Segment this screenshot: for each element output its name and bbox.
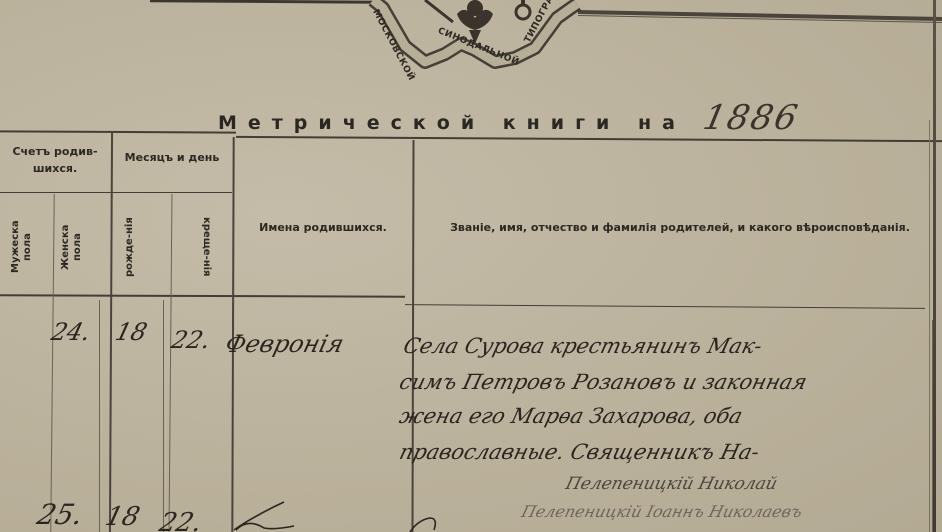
typography-emblem: МОСКОВСКОЙ СИНОДАЛЬНОЙ ТИПОГРАФІИ <box>365 0 585 74</box>
header-bottom-border-left <box>0 294 405 297</box>
header-count-group: Счетъ родив-шихся. <box>2 144 108 177</box>
row1-parents-line-2: симъ Петровъ Розановъ и законная <box>397 370 810 394</box>
row-guide-line <box>99 300 100 532</box>
row2-female-count: 25. <box>34 498 87 531</box>
row2-name-handwriting-fragment <box>224 500 304 532</box>
title-printed-text: Метрической книги на <box>218 112 686 134</box>
row1-birth-day: 18 <box>113 318 151 346</box>
row1-annotation-line-1: Пелепеницкiй Николай <box>564 474 780 494</box>
header-bottom-border-right <box>405 304 925 309</box>
row1-parents-line-3: жена его Марѳа Захарова, оба <box>397 404 745 428</box>
table-top-border <box>0 130 236 133</box>
page-right-edge <box>933 0 936 532</box>
header-month-day-group: Месяцъ и день <box>114 150 230 167</box>
header-count-male: Мужеска пола <box>10 212 46 282</box>
row2-birth-day: 18 <box>102 502 143 532</box>
page-right-edge-thin <box>929 120 930 532</box>
header-count-female: Женска пола <box>60 212 102 282</box>
title-year-handwritten: 1886 <box>700 98 803 138</box>
col-divider-birth-baptism <box>169 194 173 532</box>
col-divider-male-female <box>50 194 55 532</box>
row1-female-count: 24. <box>49 318 94 346</box>
row1-baptism-day: 22. <box>169 326 214 354</box>
row2-parents-handwriting-fragment <box>408 514 468 532</box>
page-title: Метрической книги на 1886 <box>218 98 798 138</box>
row1-child-name: Февронія <box>223 330 347 358</box>
row2-baptism-day: 22. <box>156 508 205 532</box>
header-parents: Званіе, имя, отчество и фамилія родителе… <box>440 214 920 243</box>
document-page: МОСКОВСКОЙ СИНОДАЛЬНОЙ ТИПОГРАФІИ Метрич… <box>0 0 942 532</box>
subheader-divider <box>0 192 232 193</box>
row-guide-line <box>163 300 164 532</box>
header-baptism: крещe-нія <box>178 212 212 282</box>
row1-parents-line-1: Села Сурова крестьянинъ Мак- <box>401 334 765 358</box>
row1-annotation-line-2: Пелепеницкій Іоаннъ Николаевъ <box>520 502 805 521</box>
header-birth: рожде-нія <box>124 212 154 282</box>
top-border-rule-left <box>150 0 380 4</box>
header-names: Имена родившихся. <box>236 220 410 237</box>
row1-parents-line-4: православные. Священникъ На- <box>397 440 762 464</box>
